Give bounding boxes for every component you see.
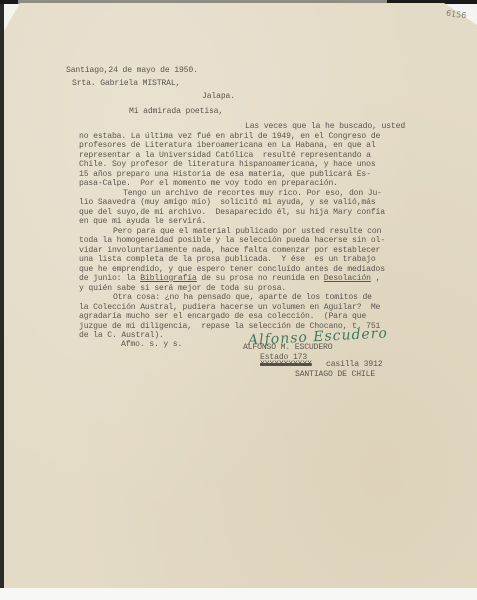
body-line: no estaba. La última vez fué en abril de… xyxy=(79,132,380,141)
body-line: profesores de Literatura iberoamericana … xyxy=(79,141,376,150)
scan-left-edge xyxy=(0,4,4,588)
closing: Afmo. s. y s. xyxy=(121,340,182,349)
body-line: toda la homogeneidad posible y la selecc… xyxy=(79,236,385,245)
body-line: representar a la Universidad Católica re… xyxy=(79,151,371,160)
body-line: lio Saavedra (muy amigo mío) solicitó mi… xyxy=(79,198,376,207)
body-line: Las veces que la he buscado, usted xyxy=(245,122,405,131)
body-line: y quién sabe si será mejor de toda su pr… xyxy=(79,284,286,293)
body-line: una lista completa de la prosa publicada… xyxy=(79,255,376,264)
book-title-desolacion: Desolación xyxy=(324,274,371,283)
po-box: casilla 3912 xyxy=(326,360,383,369)
salutation: Mi admirada poetisa, xyxy=(129,107,223,116)
scan-bottom-margin xyxy=(0,588,477,600)
body-line: Tengo un archivo de recortes muy rico. P… xyxy=(123,189,382,198)
body-line: Pero para que el material publicado por … xyxy=(113,227,381,236)
sender-name: ALFONSO M. ESCUDERO xyxy=(243,343,332,352)
body-line: la Colección Austral, pudiera hacerse un… xyxy=(79,303,380,312)
recipient-line: Srta. Gabriela MISTRAL, xyxy=(72,79,180,88)
body-line: de junio: la Bibliografía de su prosa no… xyxy=(79,274,380,283)
recipient-city: Jalapa. xyxy=(202,92,235,101)
body-line: de la C. Austral). xyxy=(79,331,164,340)
struck-address: XXXXXXXXXXX xyxy=(260,360,312,369)
body-line: que del suyo,de mi archivo. Desaparecido… xyxy=(79,208,385,217)
body-line: agradaría mucho ser el encargado de esa … xyxy=(79,312,366,321)
book-title-bibliografia: Bibliografía xyxy=(140,274,197,283)
body-line: Chile. Soy profesor de literatura hispan… xyxy=(79,160,376,169)
body-line: 15 años preparo una Historia de esa mate… xyxy=(79,170,371,179)
body-line: pasa-Calpe. Por el momento me voy todo e… xyxy=(79,179,338,188)
body-line: Otra cosa: ¿no ha pensado que, aparte de… xyxy=(113,293,372,302)
sender-city: SANTIAGO DE CHILE xyxy=(295,370,375,379)
body-line: vidar involuntariamente nada, hace falta… xyxy=(79,246,380,255)
body-line: en que mi ayuda le servirá. xyxy=(79,217,206,226)
body-line: que he emprendido, y que espero tener co… xyxy=(79,265,385,274)
date-line: Santiago,24 de mayo de 1950. xyxy=(66,66,198,75)
